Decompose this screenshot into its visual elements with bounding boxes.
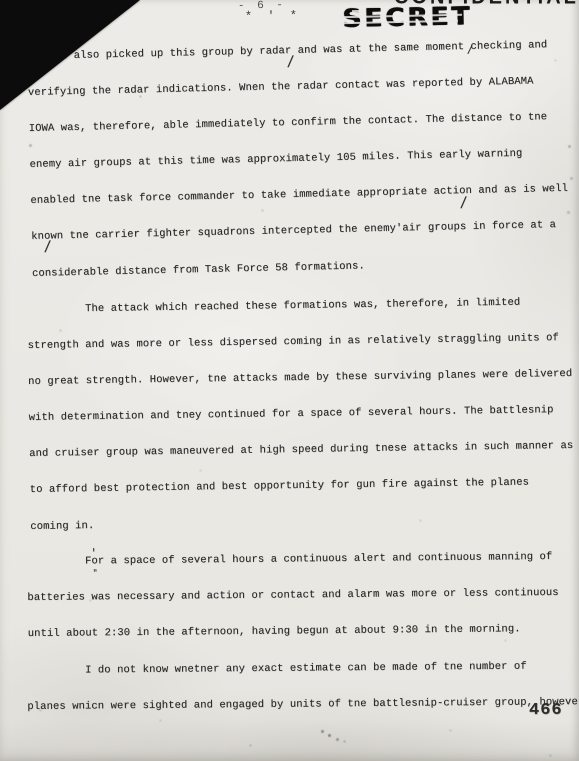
reference-marks: * ' * [245, 9, 301, 24]
text-line: batteries was necessary and action or co… [27, 587, 572, 628]
paragraph: The attack which reached these formation… [27, 296, 576, 557]
handwritten-mark: " [93, 569, 97, 579]
paragraph: I do not know wnetner any exact estimate… [27, 660, 573, 737]
paragraph: For a space of several hours a continuou… [27, 551, 573, 665]
document-body: IOWA had also picked up this group by ra… [27, 51, 572, 737]
text-line: I do not know wnetner any exact estimate… [27, 660, 572, 701]
text-line: until about 2:30 in the afternoon, havin… [28, 623, 573, 664]
handwritten-mark: ' [92, 546, 95, 560]
scanned-document-page: - 6 - * ' * CONFIDENTIAL SECRET IOWA had… [0, 0, 579, 761]
page-number: 466 [529, 701, 563, 720]
scan-corner-artifact [0, 0, 140, 110]
text-line: For a space of several hours a continuou… [27, 551, 572, 592]
stamp-wear-streak [352, 10, 362, 13]
text-line: planes wnicn were sighted and engaged by… [27, 696, 572, 737]
text-line: coming in. [30, 512, 575, 556]
